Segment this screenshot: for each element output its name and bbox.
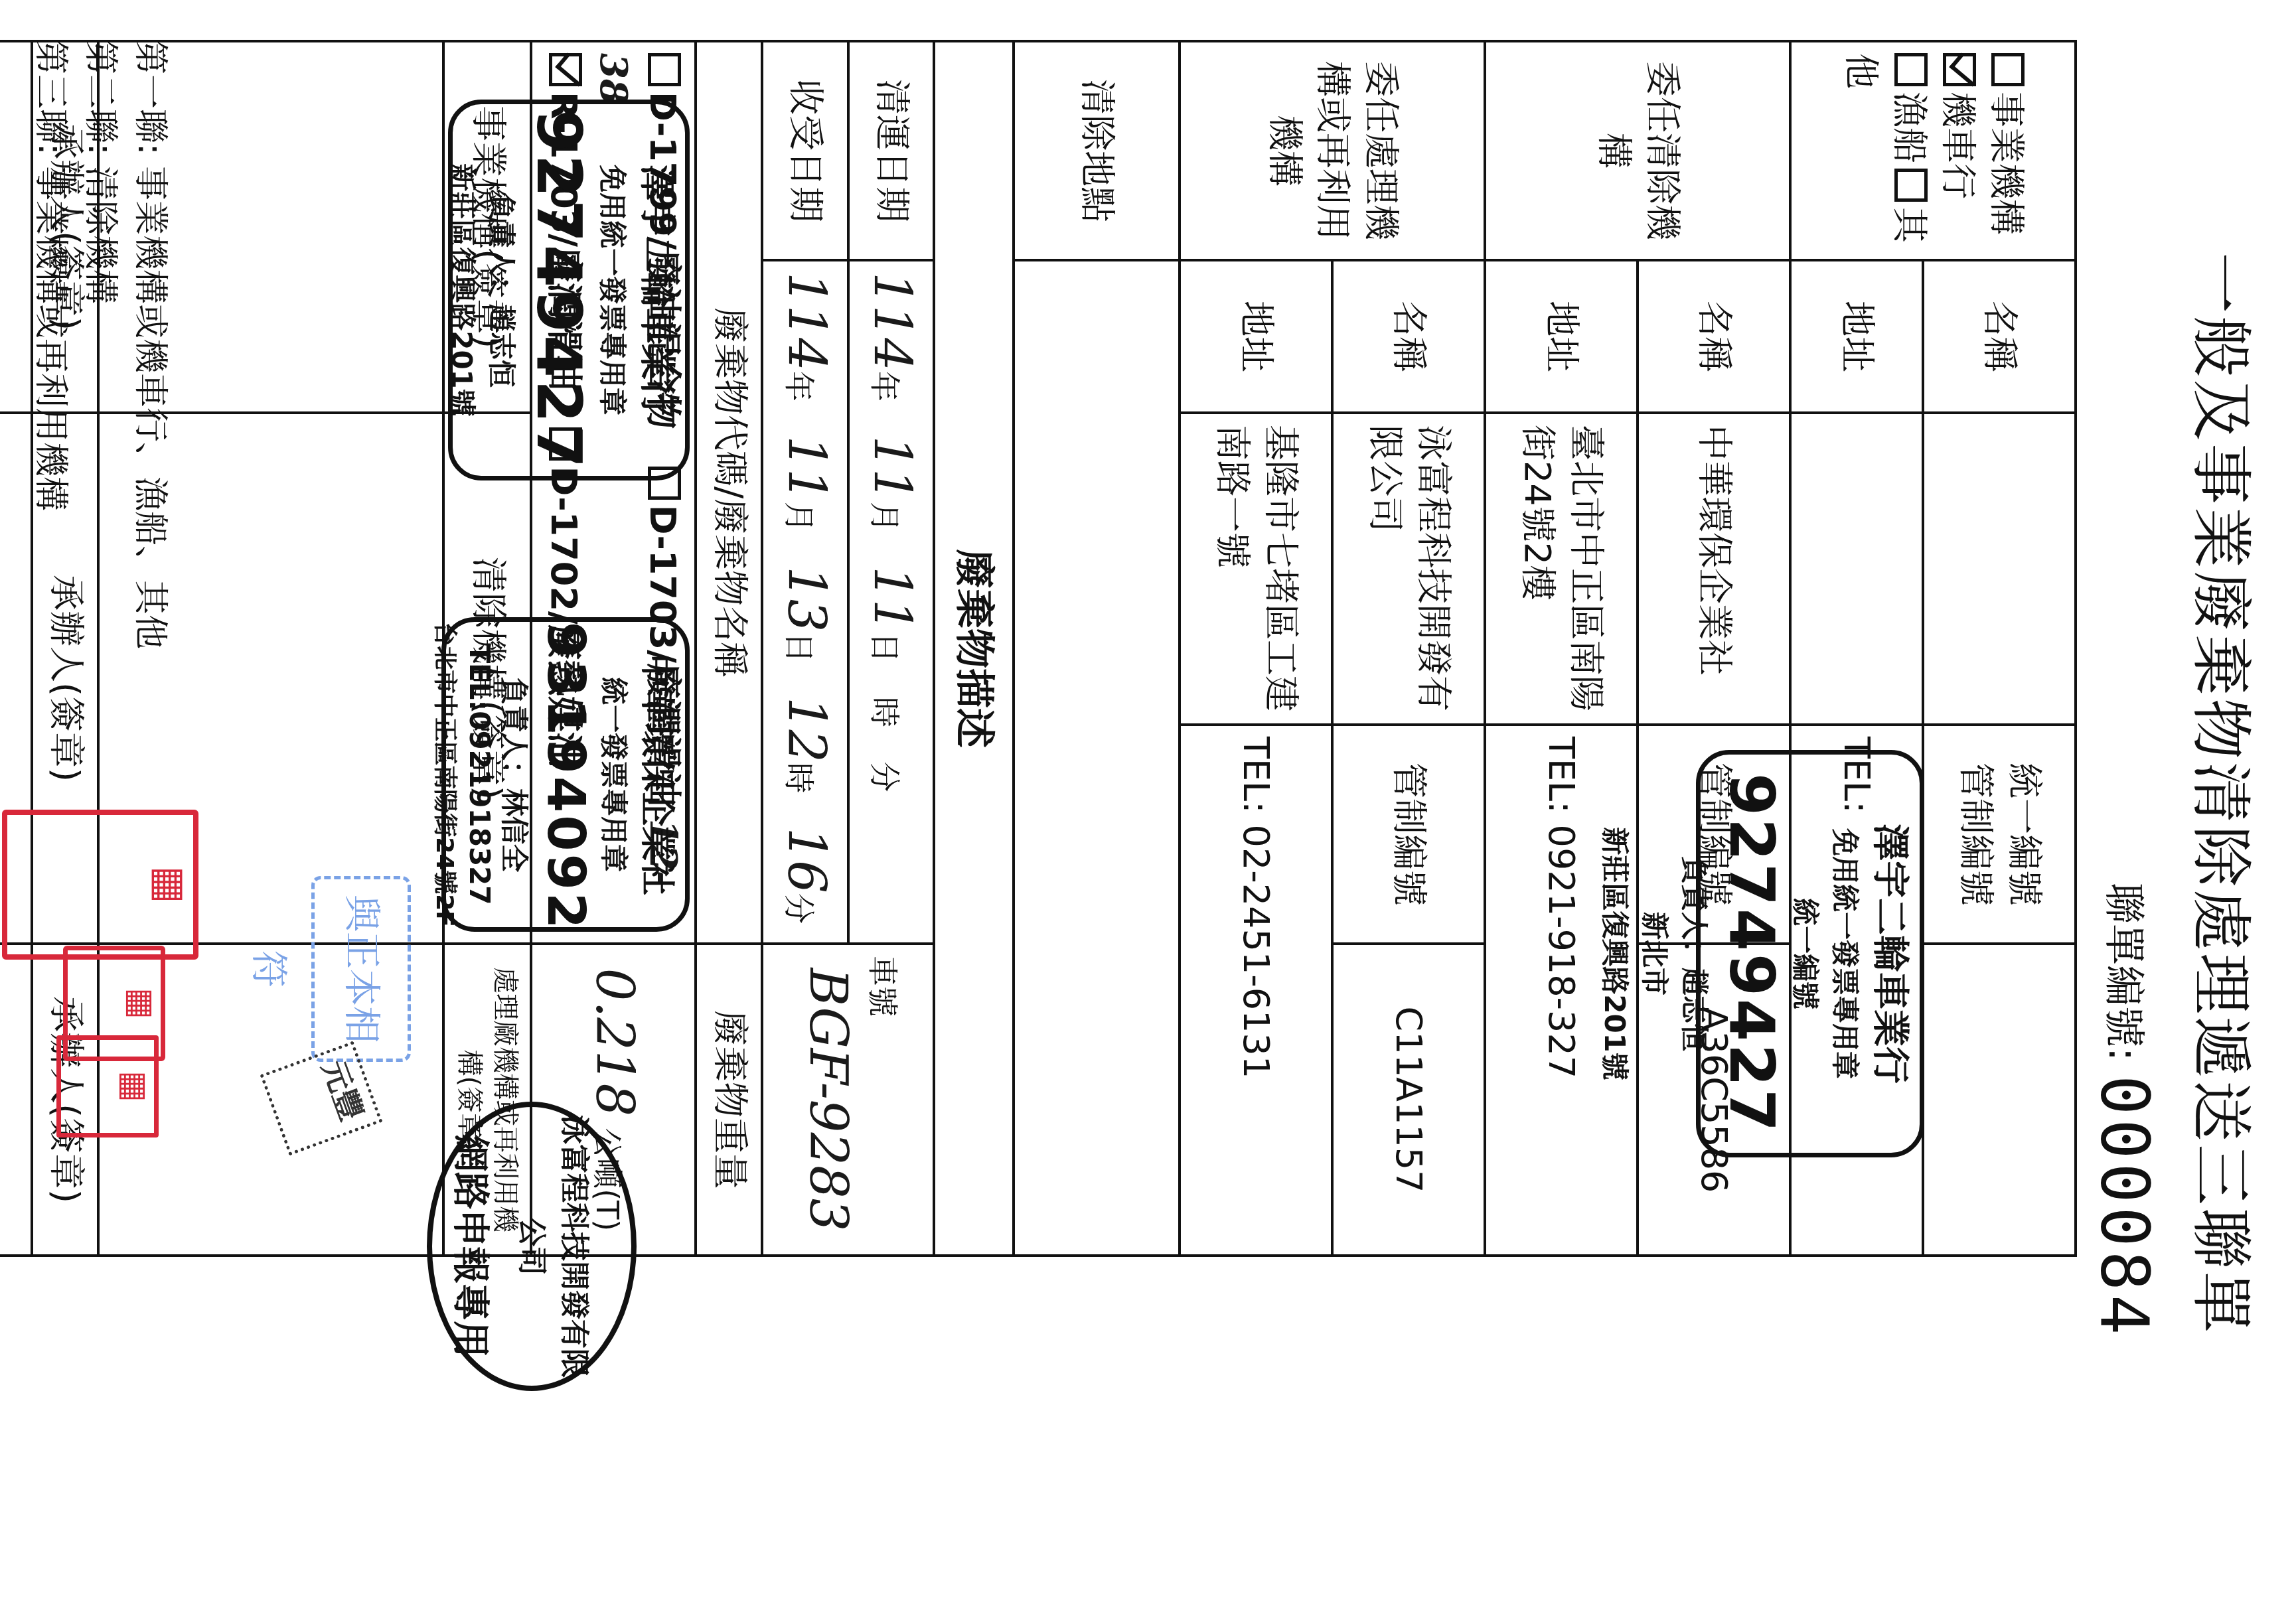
generator-name-field[interactable]	[1923, 413, 2076, 725]
processor-name-label: 名稱	[1332, 260, 1485, 413]
transport-date-field[interactable]: 114年 11月 11日 時 分	[848, 260, 934, 944]
cleaner-address-field[interactable]: 臺北市中正區南陽街24號2樓	[1485, 413, 1638, 725]
generator-type-cell: 事業機構 機車行 漁船其他	[1790, 41, 2076, 260]
generator-ids-label: 統一編號管制編號	[1923, 725, 2076, 944]
cleaner-address-label: 地址	[1485, 260, 1638, 413]
serial-number-label: 聯單編號:	[2098, 883, 2157, 1061]
generator-ids-field[interactable]	[1923, 944, 2076, 1256]
vehicle-number-cell[interactable]: 車號 BGF-9283	[762, 944, 934, 1256]
generator-type-option[interactable]: 漁船其他	[1836, 53, 1933, 248]
waste-manifest-document: 一般及事業廢棄物清除處理遞送三聯單 聯單編號: 000084 事業機構 機車行 …	[0, 0, 2296, 1614]
cleaner-name-field[interactable]: 中華環保企業社	[1638, 413, 1790, 725]
processor-address-field[interactable]: 基隆市七堵區工建南路一號	[1180, 413, 1332, 725]
waste-description-heading: 廢棄物描述	[934, 41, 1014, 1256]
generator-address-label: 地址	[1790, 260, 1923, 413]
processor-control-no-field[interactable]: C11A1157	[1332, 944, 1485, 1256]
footer-copy-3: 第三聯: 事業機構或再利用機構	[29, 40, 79, 511]
checkbox-icon[interactable]	[1894, 53, 1928, 86]
generator-type-option[interactable]: 事業機構	[1981, 53, 2030, 248]
checkbox-checked-icon	[549, 53, 582, 86]
cleaner-section-label: 委任清除機構	[1485, 41, 1790, 260]
generator-address-field[interactable]	[1790, 413, 1923, 725]
checkbox-icon[interactable]	[1894, 169, 1928, 202]
processor-handler-area[interactable]	[0, 944, 32, 1256]
processor-tel-field[interactable]: TEL: 02-2451-6131	[1180, 725, 1332, 1256]
processor-address-label: 地址	[1180, 260, 1332, 413]
checkbox-checked-icon[interactable]	[1943, 53, 1976, 86]
red-seal-small: ▦	[56, 1035, 159, 1137]
checkbox-icon[interactable]	[1991, 53, 2025, 86]
serial-number-value: 000084	[2086, 1075, 2163, 1339]
cleanup-location-label: 清除地點	[1014, 41, 1180, 260]
waste-code-name-label: 廢棄物代碼/廢棄物名稱	[696, 41, 762, 944]
processor-section-label: 委任處理機構或再利用機構	[1180, 41, 1485, 260]
document-title: 一般及事業廢棄物清除處理遞送三聯單	[2182, 252, 2269, 1380]
processor-name-field[interactable]: 泳富程科技開發有限公司	[1332, 413, 1485, 725]
generator-type-option[interactable]: 機車行	[1933, 53, 1981, 248]
cleaner-name-label: 名稱	[1638, 260, 1790, 413]
cleanup-location-field[interactable]	[1014, 260, 1180, 1256]
yongfu-signature-stamp: 泳富程科技開發有限公司 網路申報專用	[427, 1102, 637, 1391]
copy-matches-original-stamp: 與正本相符	[311, 876, 411, 1062]
receive-date-field[interactable]: 114年 11月 13日 12時 16分	[762, 260, 848, 944]
generator-handler-area[interactable]: ✍	[0, 41, 32, 413]
zhonghua-signature-stamp: 中華環保企業社 統一發票專用章 93194092 負責人：林信全 TEL:092…	[441, 617, 690, 932]
footer-copy-1: 第一聯: 事業機構或機車行、漁船、其他	[129, 40, 179, 649]
red-seal-large: ▦	[2, 810, 198, 960]
checkbox-icon	[648, 53, 681, 86]
zeyu-signature-stamp: 澤宇二輪車業行 免用統一發票專用章 92749427 負責人：趙志恒 新莊區復興…	[448, 100, 690, 480]
zeyu-company-stamp: 澤宇二輪車業行 免用統一發票專用章 統一編號 92749427 負責人：趙志恒 …	[1696, 750, 1924, 1157]
receive-date-label: 收受日期	[762, 41, 848, 260]
transport-date-label: 清運日期	[848, 41, 934, 260]
processor-control-no-label: 管制編號	[1332, 725, 1485, 944]
generator-name-label: 名稱	[1923, 260, 2076, 413]
footer-copy-2: 第二聯: 清除機構	[79, 40, 129, 304]
waste-weight-label: 廢棄物重量	[696, 944, 762, 1256]
